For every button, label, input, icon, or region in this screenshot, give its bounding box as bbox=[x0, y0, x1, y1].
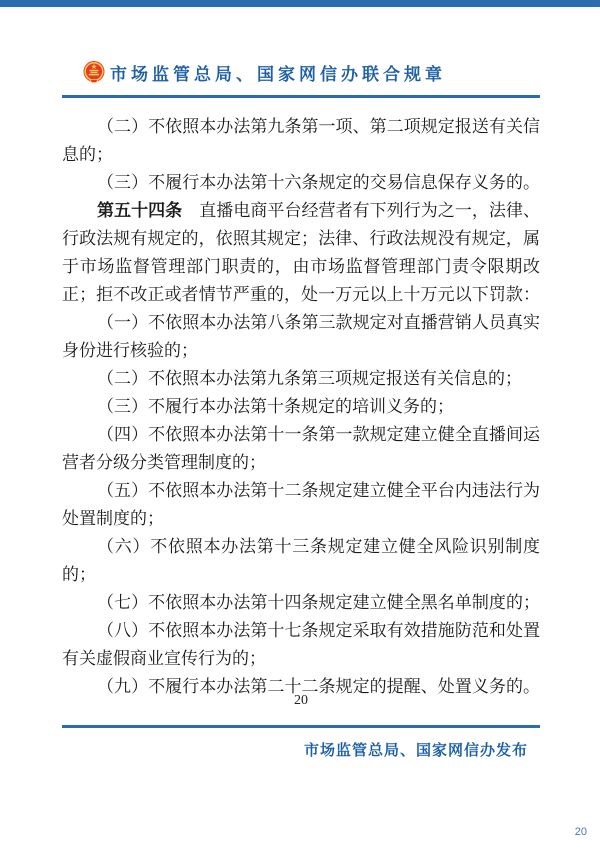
page-header: 市场监管总局、国家网信办联合规章 bbox=[83, 57, 446, 87]
body-line: （五）不依照本办法第十二条规定建立健全平台内违法行为 bbox=[62, 477, 540, 505]
body-line: 正；拒不改正或者情节严重的，处一万元以上十万元以下罚款： bbox=[62, 281, 540, 309]
body-line: （六）不依照本办法第十三条规定建立健全风险识别制度 bbox=[62, 533, 540, 561]
corner-page-number: 20 bbox=[575, 826, 587, 838]
body-line: 处置制度的； bbox=[62, 505, 540, 533]
body-line: （二）不依照本办法第九条第三项规定报送有关信息的； bbox=[62, 365, 540, 393]
body-line: 息的； bbox=[62, 141, 540, 169]
footer-rule bbox=[62, 725, 540, 728]
article-number: 第五十四条 bbox=[97, 201, 182, 220]
body-line: 于市场监督管理部门职责的，由市场监督管理部门责令限期改 bbox=[62, 253, 540, 281]
body-line: 有关虚假商业宣传行为的； bbox=[62, 645, 540, 673]
header-rule bbox=[62, 95, 540, 98]
body-line: （三）不履行本办法第十六条规定的交易信息保存义务的。 bbox=[62, 169, 540, 197]
body-line: 第五十四条 直播电商平台经营者有下列行为之一，法律、 bbox=[62, 197, 540, 225]
body-line: 身份进行核验的； bbox=[62, 337, 540, 365]
body-line: （一）不依照本办法第八条第三款规定对直播营销人员真实 bbox=[62, 309, 540, 337]
body-line: （四）不依照本办法第十一条第一款规定建立健全直播间运 bbox=[62, 421, 540, 449]
header-title: 市场监管总局、国家网信办联合规章 bbox=[110, 60, 446, 85]
body-line: （七）不依照本办法第十四条规定建立健全黑名单制度的； bbox=[62, 589, 540, 617]
page-number: 20 bbox=[62, 693, 540, 709]
document-page: 市场监管总局、国家网信办联合规章 （二）不依照本办法第九条第一项、第二项规定报送… bbox=[0, 0, 600, 849]
document-body: （二）不依照本办法第九条第一项、第二项规定报送有关信息的；（三）不履行本办法第十… bbox=[62, 113, 540, 701]
page-footer: 市场监管总局、国家网信办发布 bbox=[62, 739, 528, 760]
body-line: 行政法规有规定的，依照其规定；法律、行政法规没有规定，属 bbox=[62, 225, 540, 253]
body-line: 营者分级分类管理制度的； bbox=[62, 449, 540, 477]
body-line: （八）不依照本办法第十七条规定采取有效措施防范和处置 bbox=[62, 617, 540, 645]
body-line: （二）不依照本办法第九条第一项、第二项规定报送有关信 bbox=[62, 113, 540, 141]
top-accent-band bbox=[0, 0, 600, 7]
footer-publisher-text: 市场监管总局、国家网信办发布 bbox=[304, 742, 528, 759]
body-line: （三）不履行本办法第十条规定的培训义务的； bbox=[62, 393, 540, 421]
body-line: 的； bbox=[62, 561, 540, 589]
china-national-emblem-icon bbox=[83, 60, 105, 84]
